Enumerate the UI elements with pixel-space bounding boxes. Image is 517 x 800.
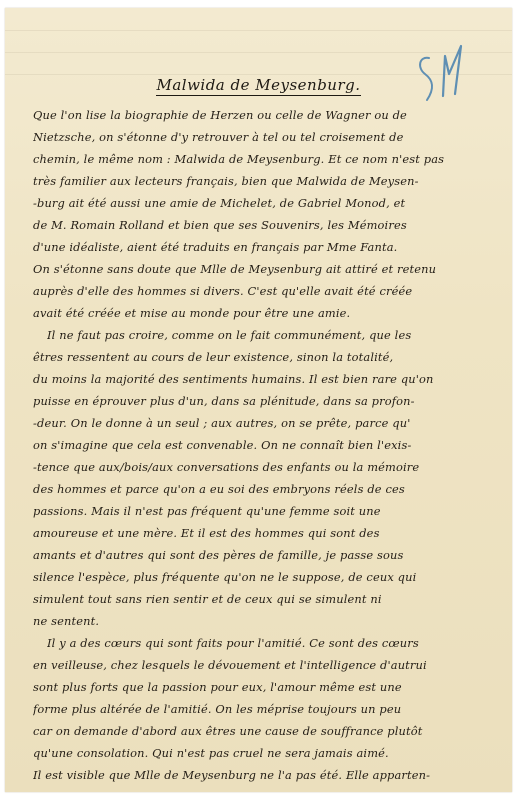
text-line: qu'une consolation. Qui n'est pas cruel …	[33, 742, 492, 764]
text-line: de M. Romain Rolland et bien que ses Sou…	[33, 214, 492, 236]
text-line: Il y a des cœurs qui sont faits pour l'a…	[47, 632, 492, 654]
text-line: puisse en éprouver plus d'un, dans sa pl…	[33, 390, 492, 412]
blue-pencil-initials-annotation	[415, 36, 475, 106]
text-line: du moins la majorité des sentiments huma…	[33, 368, 492, 390]
text-line: -tence que aux/bois/aux conversations de…	[33, 456, 492, 478]
manuscript-title: Malwida de Meysenburg.	[5, 76, 512, 94]
text-line: d'une idéaliste, aient été traduits en f…	[33, 236, 492, 258]
text-line: auprès d'elle des hommes si divers. C'es…	[33, 280, 492, 302]
text-line: chemin, le même nom : Malwida de Meysenb…	[33, 148, 492, 170]
text-line: simulent tout sans rien sentir et de ceu…	[33, 588, 492, 610]
text-line: forme plus altérée de l'amitié. On les m…	[33, 698, 492, 720]
text-line: Que l'on lise la biographie de Herzen ou…	[33, 104, 492, 126]
text-line: passions. Mais il n'est pas fréquent qu'…	[33, 500, 492, 522]
text-line: on s'imagine que cela est convenable. On…	[33, 434, 492, 456]
text-line: des hommes et parce qu'on a eu soi des e…	[33, 478, 492, 500]
text-line: On s'étonne sans doute que Mlle de Meyse…	[33, 258, 492, 280]
text-line: amoureuse et une mère. Et il est des hom…	[33, 522, 492, 544]
text-line: Il ne faut pas croire, comme on le fait …	[47, 324, 492, 346]
ruled-line	[5, 30, 512, 31]
text-line: Nietzsche, on s'étonne d'y retrouver à t…	[33, 126, 492, 148]
text-line: avait été créée et mise au monde pour êt…	[33, 302, 492, 324]
text-line: très familier aux lecteurs français, bie…	[33, 170, 492, 192]
text-line: en veilleuse, chez lesquels le dévouemen…	[33, 654, 492, 676]
text-line: êtres ressentent au cours de leur existe…	[33, 346, 492, 368]
text-line: Il est visible que Mlle de Meysenburg ne…	[33, 764, 492, 786]
text-line: sont plus forts que la passion pour eux,…	[33, 676, 492, 698]
text-line: car on demande d'abord aux êtres une cau…	[33, 720, 492, 742]
text-line: ne sentent.	[33, 610, 492, 632]
text-line: -burg ait été aussi une amie de Michelet…	[33, 192, 492, 214]
text-line: -deur. On le donne à un seul ; aux autre…	[33, 412, 492, 434]
text-line: amants et d'autres qui sont des pères de…	[33, 544, 492, 566]
text-line: silence l'espèce, plus fréquente qu'on n…	[33, 566, 492, 588]
manuscript-page: Malwida de Meysenburg. Que l'on lise la …	[5, 8, 512, 792]
